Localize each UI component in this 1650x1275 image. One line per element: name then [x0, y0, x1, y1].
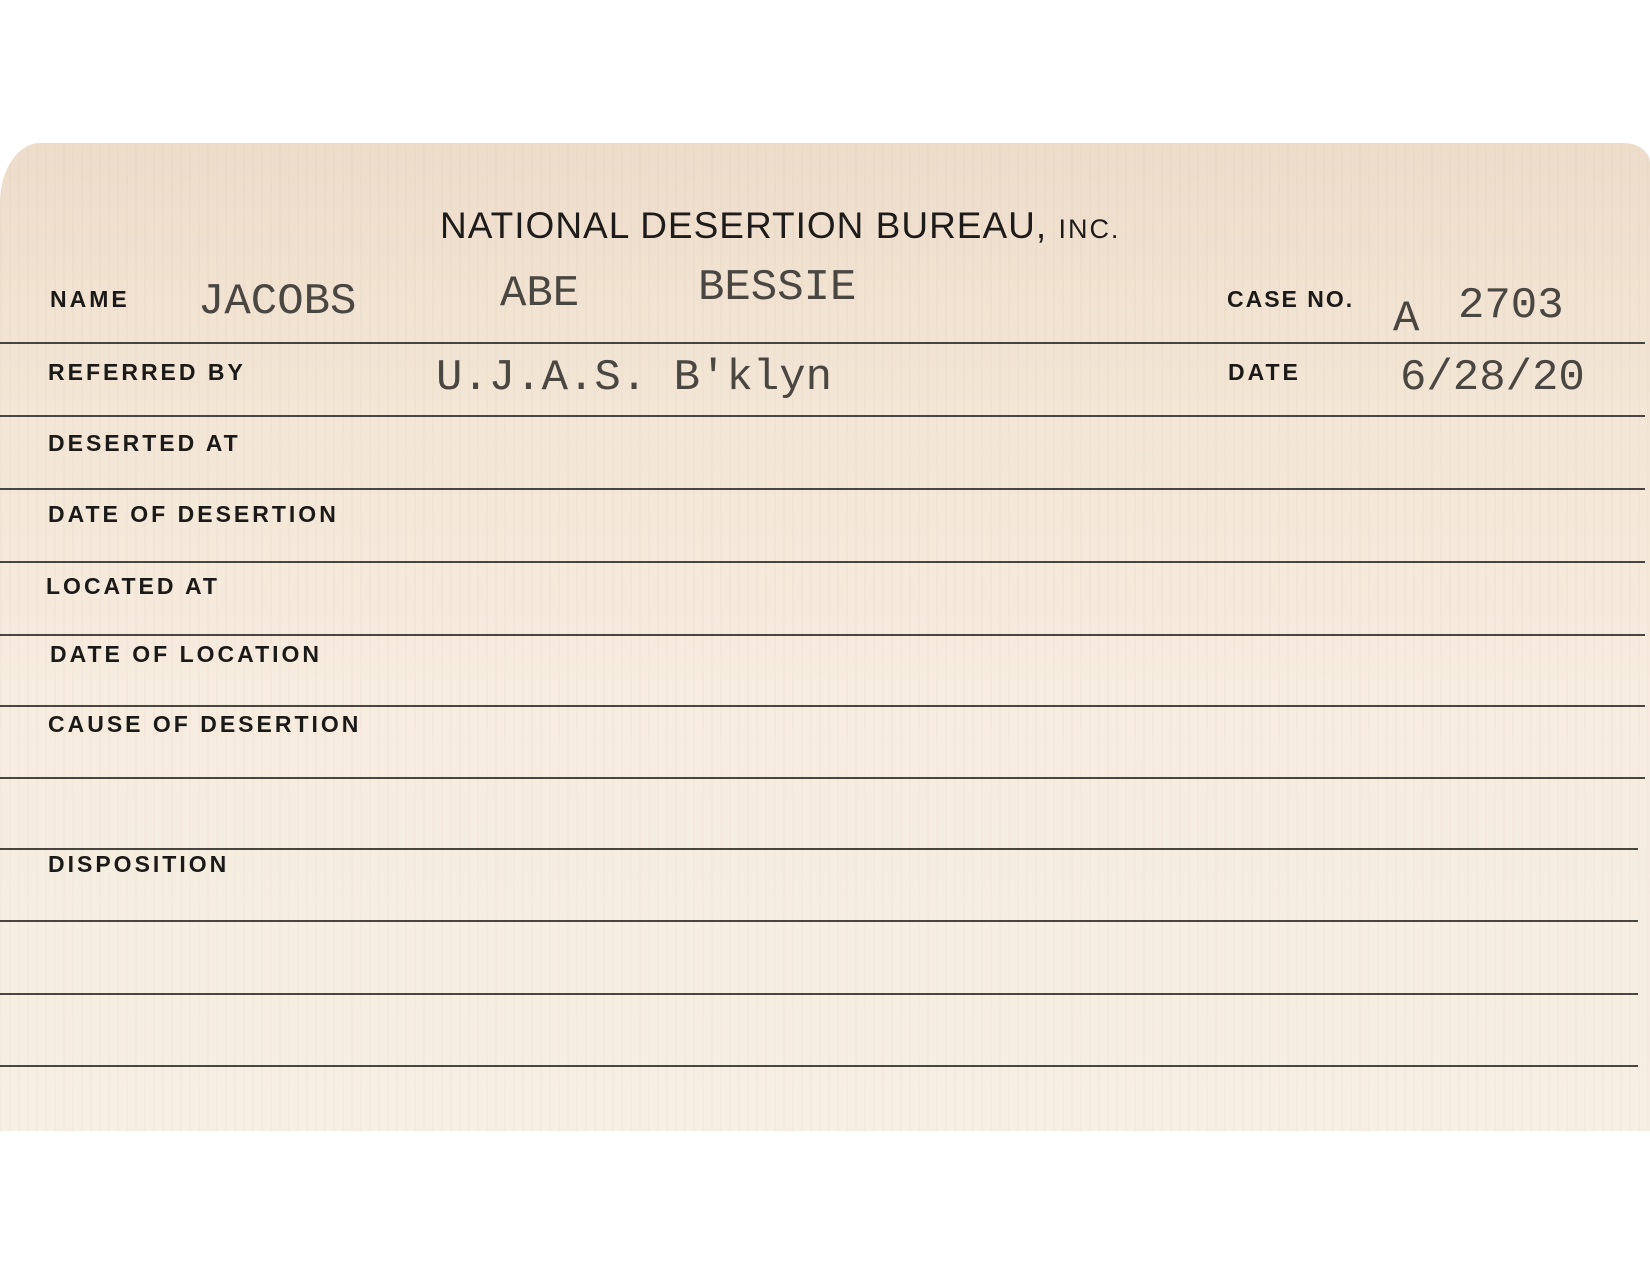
rule-line	[0, 920, 1638, 922]
rule-line	[0, 1065, 1638, 1067]
case-no-value: 2703	[1458, 281, 1564, 331]
rule-line	[0, 705, 1645, 707]
rule-line	[0, 342, 1645, 344]
name-spouse: BESSIE	[698, 263, 856, 313]
date-of-location-label: DATE OF LOCATION	[50, 641, 322, 668]
cause-of-desertion-label: CAUSE OF DESERTION	[48, 711, 361, 738]
name-surname: JACOBS	[198, 277, 356, 327]
referred-by-value: U.J.A.S. B'klyn	[436, 353, 832, 403]
rule-line	[0, 634, 1645, 636]
case-no-prefix: A	[1393, 294, 1419, 344]
referred-by-label: REFERRED BY	[48, 359, 246, 386]
case-no-label: CASE NO.	[1227, 286, 1354, 313]
index-card: NATIONAL DESERTION BUREAU, INC. NAME JAC…	[0, 143, 1650, 1131]
date-label: DATE	[1228, 359, 1301, 386]
name-label: NAME	[50, 286, 130, 313]
located-at-label: LOCATED AT	[46, 573, 220, 600]
bureau-name: NATIONAL DESERTION BUREAU,	[440, 205, 1047, 246]
disposition-label: DISPOSITION	[48, 851, 229, 878]
name-first: ABE	[500, 269, 579, 319]
rule-line	[0, 415, 1645, 417]
rule-line	[0, 993, 1638, 995]
rule-line	[0, 488, 1645, 490]
rule-line	[0, 848, 1638, 850]
rule-line	[0, 561, 1645, 563]
rule-line	[0, 777, 1645, 779]
date-value: 6/28/20	[1400, 353, 1585, 403]
bureau-suffix: INC.	[1058, 214, 1120, 244]
date-of-desertion-label: DATE OF DESERTION	[48, 501, 339, 528]
deserted-at-label: DESERTED AT	[48, 430, 241, 457]
card-title: NATIONAL DESERTION BUREAU, INC.	[440, 205, 1120, 247]
